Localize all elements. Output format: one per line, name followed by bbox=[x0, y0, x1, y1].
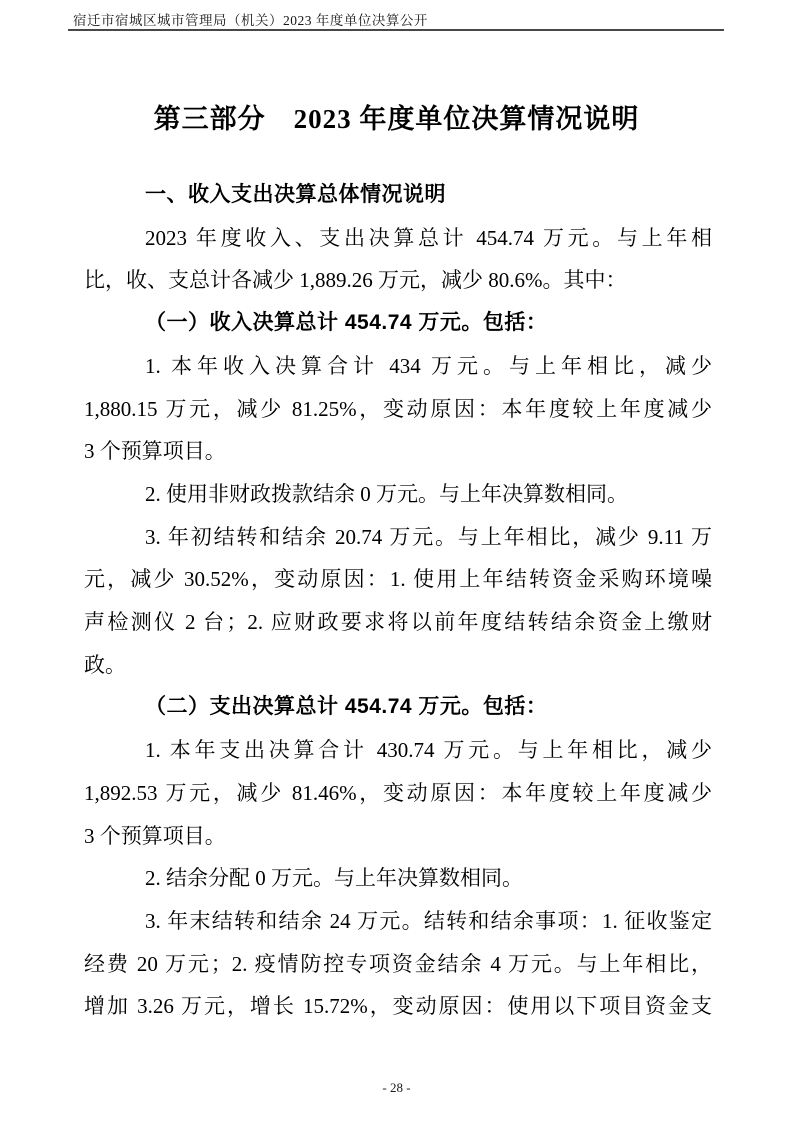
document-body: 一、收入支出决算总体情况说明2023 年度收入、支出决算总计 454.74 万元… bbox=[84, 174, 712, 1028]
document-header-title: 宿迁市宿城区城市管理局（机关）2023 年度单位决算公开 bbox=[73, 9, 428, 29]
page-number: - 28 - bbox=[0, 1080, 793, 1096]
text-line: 一、收入支出决算总体情况说明 bbox=[84, 174, 712, 217]
page-title: 第三部分 2023 年度单位决算情况说明 bbox=[0, 99, 793, 139]
paragraph: 2. 结余分配 0 万元。与上年决算数相同。 bbox=[84, 857, 712, 900]
document-page: 宿迁市宿城区城市管理局（机关）2023 年度单位决算公开 第三部分 2023 年… bbox=[0, 0, 793, 1122]
paragraph: 1. 本年支出决算合计 430.74 万元。与上年相比，减少1,892.53 万… bbox=[84, 729, 712, 857]
text-line: 增加 3.26 万元，增长 15.72%，变动原因：使用以下项目资金支 bbox=[84, 985, 712, 1028]
paragraph: 1. 本年收入决算合计 434 万元。与上年相比，减少1,880.15 万元，减… bbox=[84, 345, 712, 473]
text-line: 3. 年初结转和结余 20.74 万元。与上年相比，减少 9.11 万 bbox=[84, 516, 712, 559]
paragraph: 3. 年末结转和结余 24 万元。结转和结余事项：1. 征收鉴定经费 20 万元… bbox=[84, 900, 712, 1028]
section-heading: 一、收入支出决算总体情况说明 bbox=[84, 174, 712, 217]
paragraph: 2. 使用非财政拨款结余 0 万元。与上年决算数相同。 bbox=[84, 473, 712, 516]
text-line: 1. 本年收入决算合计 434 万元。与上年相比，减少 bbox=[84, 345, 712, 388]
text-line: 1,892.53 万元，减少 81.46%，变动原因：本年度较上年度减少 bbox=[84, 772, 712, 815]
text-line: 2. 结余分配 0 万元。与上年决算数相同。 bbox=[84, 857, 712, 900]
section-heading: （一）收入决算总计 454.74 万元。包括： bbox=[84, 302, 712, 345]
text-line: 3 个预算项目。 bbox=[84, 430, 712, 473]
text-line: 3. 年末结转和结余 24 万元。结转和结余事项：1. 征收鉴定 bbox=[84, 900, 712, 943]
text-line: 比，收、支总计各减少 1,889.26 万元，减少 80.6%。其中： bbox=[84, 259, 712, 302]
text-line: 2023 年度收入、支出决算总计 454.74 万元。与上年相 bbox=[84, 217, 712, 260]
text-line: 1. 本年支出决算合计 430.74 万元。与上年相比，减少 bbox=[84, 729, 712, 772]
text-line: 经费 20 万元；2. 疫情防控专项资金结余 4 万元。与上年相比， bbox=[84, 943, 712, 986]
paragraph: 2023 年度收入、支出决算总计 454.74 万元。与上年相比，收、支总计各减… bbox=[84, 217, 712, 302]
text-line: 3 个预算项目。 bbox=[84, 815, 712, 858]
text-line: 2. 使用非财政拨款结余 0 万元。与上年决算数相同。 bbox=[84, 473, 712, 516]
text-line: （一）收入决算总计 454.74 万元。包括： bbox=[84, 302, 712, 345]
text-line: 政。 bbox=[84, 644, 712, 687]
section-heading: （二）支出决算总计 454.74 万元。包括： bbox=[84, 686, 712, 729]
text-line: （二）支出决算总计 454.74 万元。包括： bbox=[84, 686, 712, 729]
text-line: 元，减少 30.52%，变动原因：1. 使用上年结转资金采购环境噪 bbox=[84, 558, 712, 601]
paragraph: 3. 年初结转和结余 20.74 万元。与上年相比，减少 9.11 万元，减少 … bbox=[84, 516, 712, 687]
text-line: 1,880.15 万元，减少 81.25%，变动原因：本年度较上年度减少 bbox=[84, 388, 712, 431]
header-rule bbox=[68, 29, 724, 31]
text-line: 声检测仪 2 台；2. 应财政要求将以前年度结转结余资金上缴财 bbox=[84, 601, 712, 644]
